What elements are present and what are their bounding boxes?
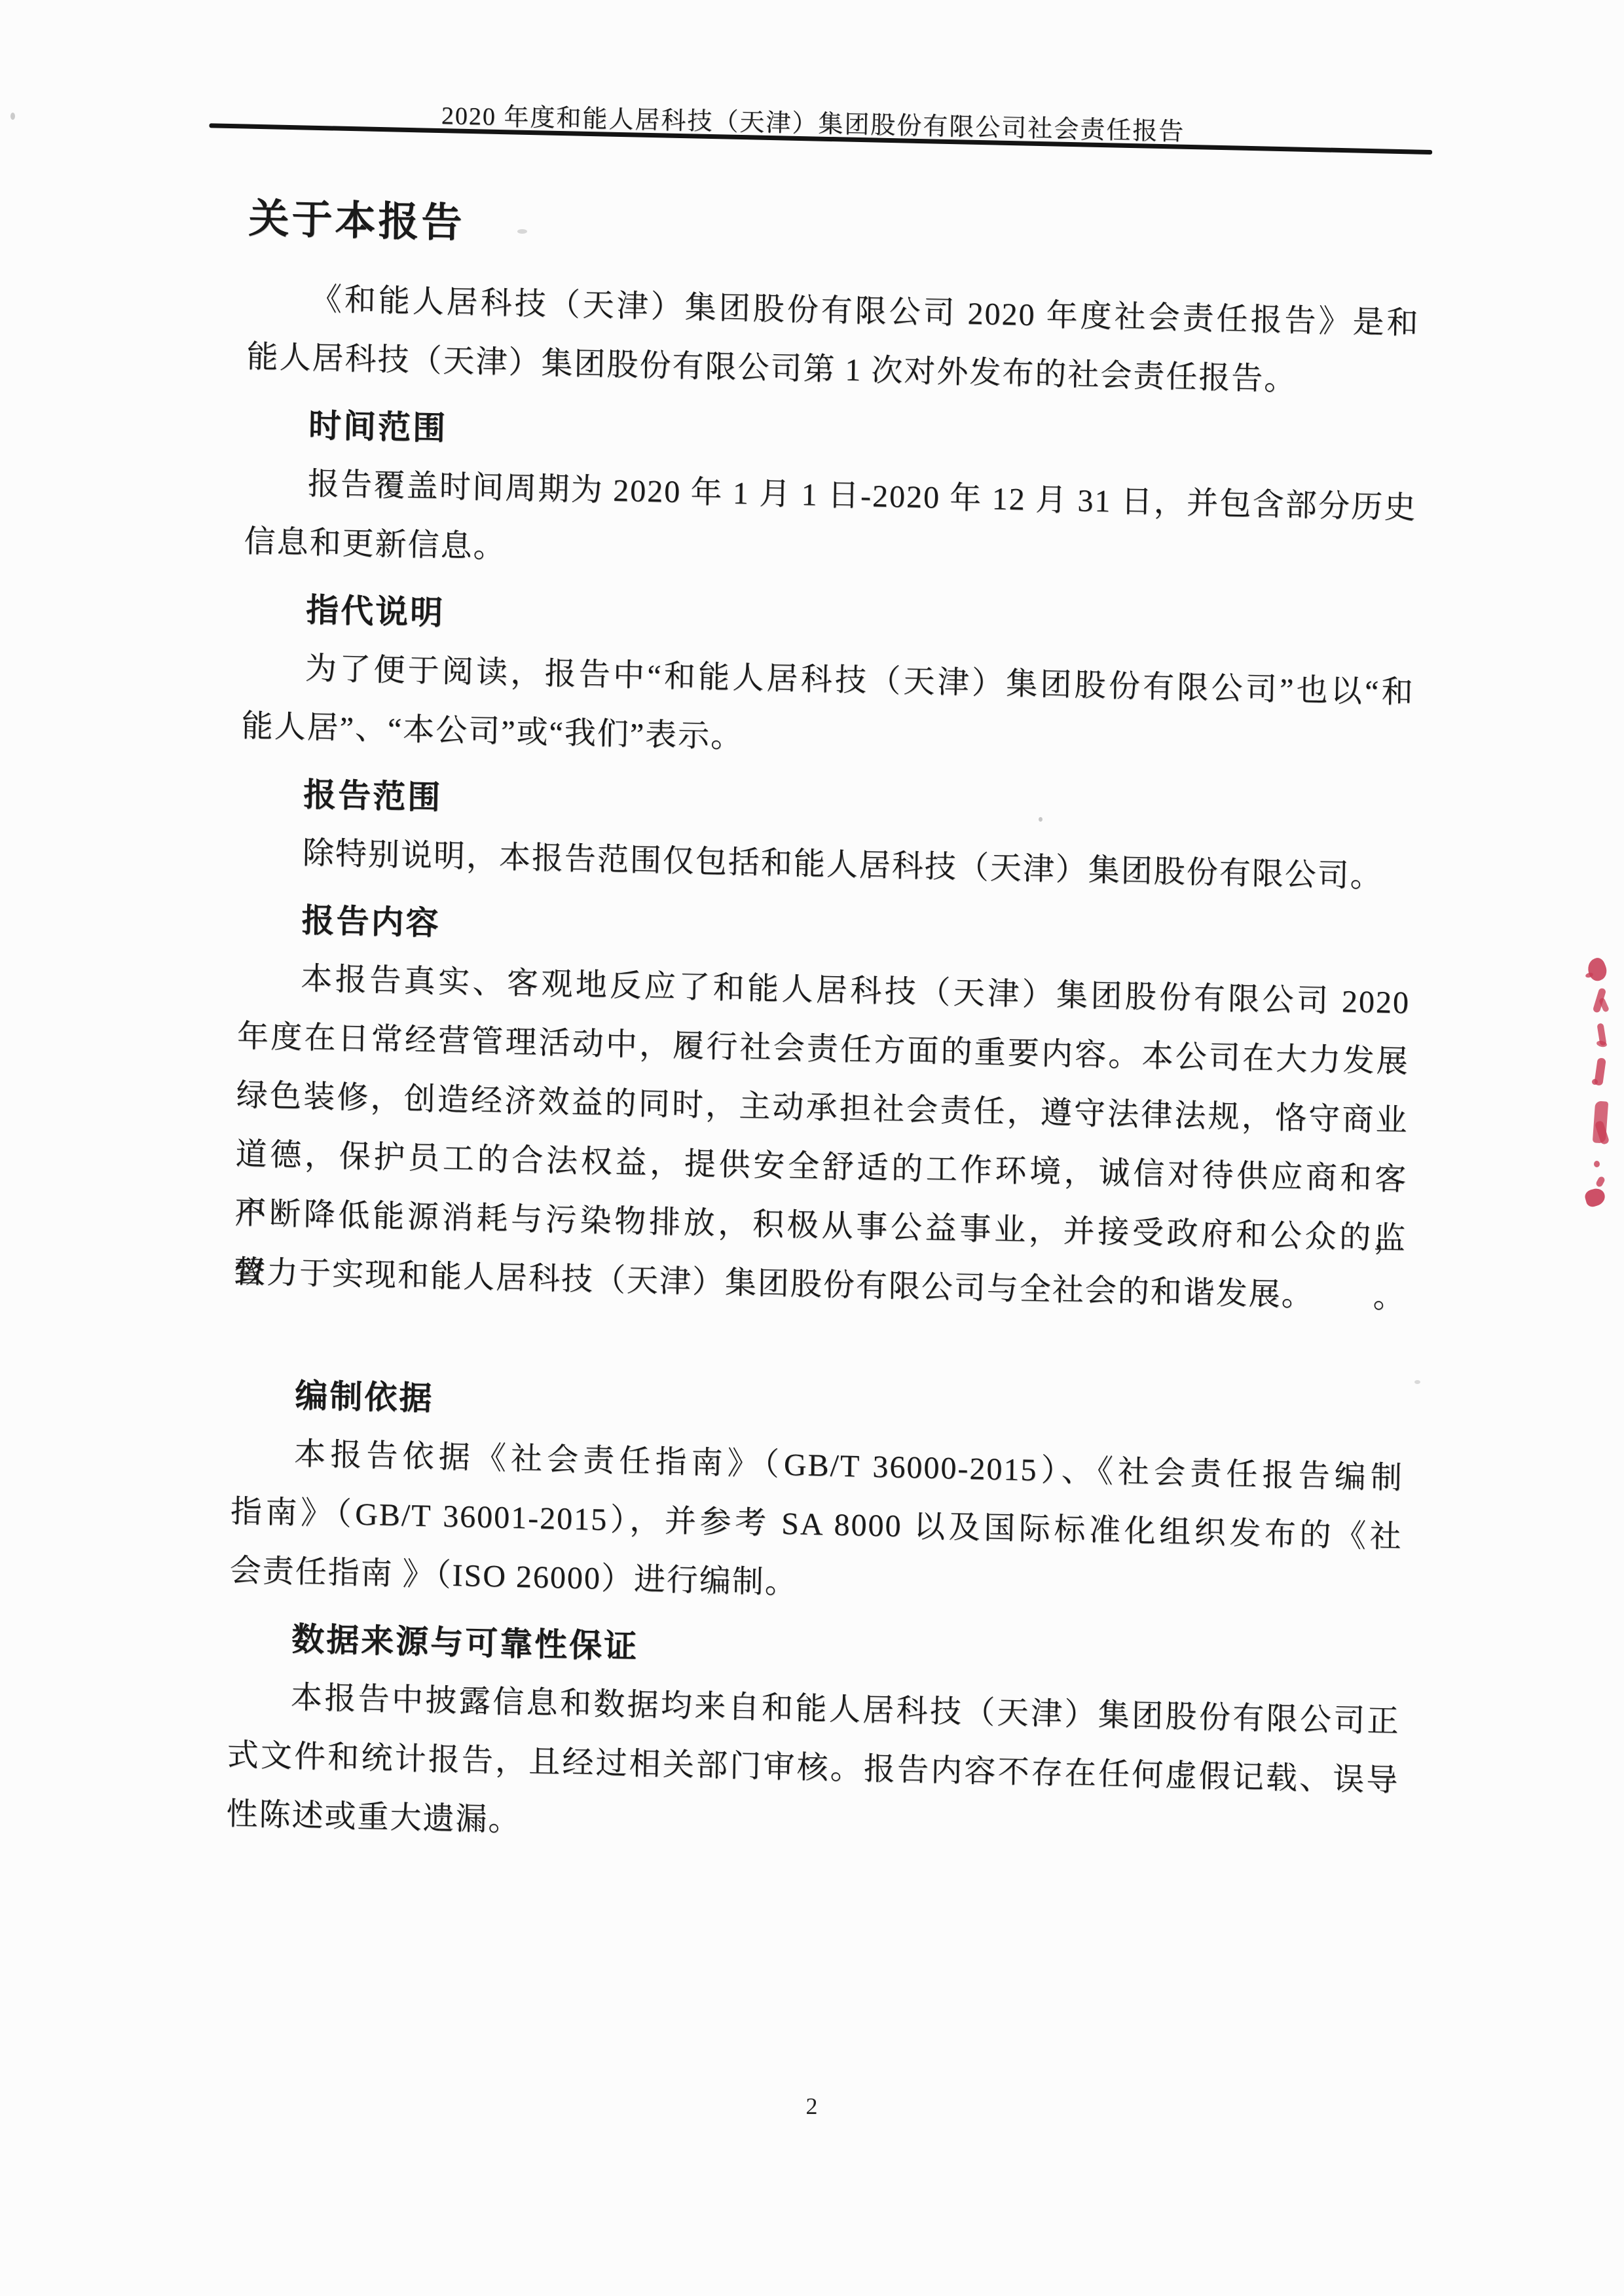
page-header: 2020 年度和能人居科技（天津）集团股份有限公司社会责任报告 — [3, 0, 1624, 30]
scanner-speck — [517, 229, 527, 234]
scanner-speck — [1414, 1380, 1420, 1384]
report-title: 关于本报告 — [248, 189, 1421, 275]
document-body: 关于本报告《和能人居科技（天津）集团股份有限公司 2020 年度社会责任报告》是… — [226, 189, 1421, 1870]
scanner-speck — [1039, 817, 1043, 822]
page-footer: 2 — [0, 2092, 1624, 2120]
scanner-speck — [10, 113, 15, 120]
page-content: 2020 年度和能人居科技（天津）集团股份有限公司社会责任报告 关于本报告《和能… — [0, 0, 1624, 2191]
red-ink-mark — [1594, 1161, 1600, 1167]
red-ink-mark — [1592, 1079, 1598, 1085]
running-header-title: 2020 年度和能人居科技（天津）集团股份有限公司社会责任报告 — [1, 85, 1624, 156]
page-number: 2 — [806, 2093, 819, 2119]
scanned-page: 2020 年度和能人居科技（天津）集团股份有限公司社会责任报告 关于本报告《和能… — [0, 0, 1624, 2296]
